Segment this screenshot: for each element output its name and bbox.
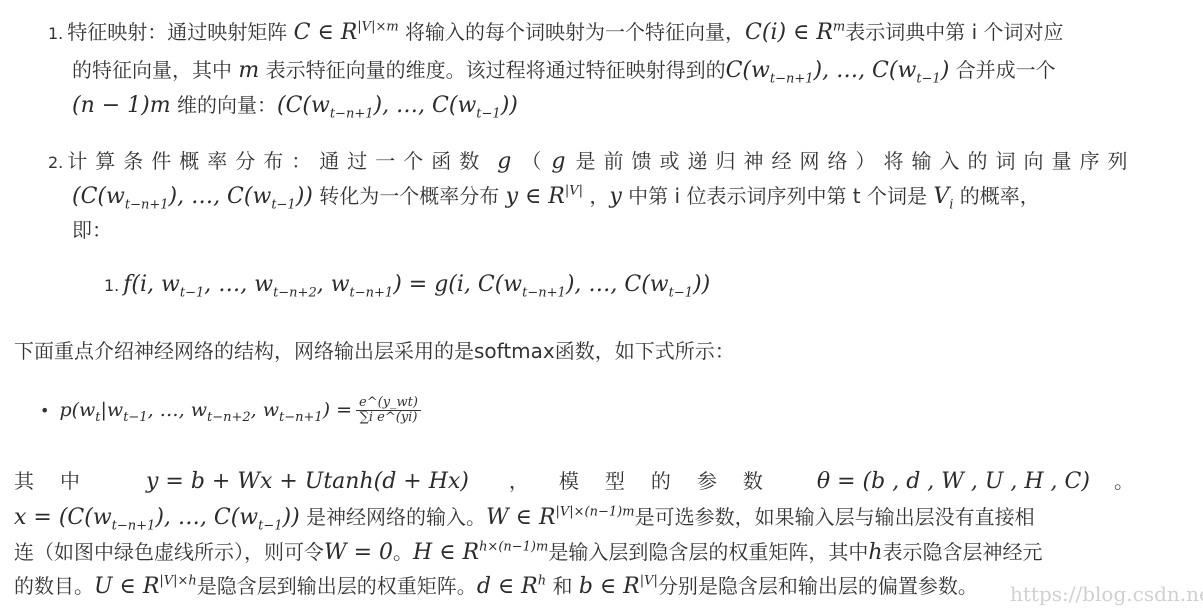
math-formula: x = (C(wt−n+1), …, C(wt−1)) <box>14 505 300 530</box>
text: 分别是隐含层和输出层的偏置参数。 <box>658 574 978 598</box>
text: 是神经网络的输入。 <box>300 505 486 529</box>
math-var: y <box>609 184 621 209</box>
math-formula: C(wt−n+1), …, C(wt−1) <box>726 58 950 83</box>
text: 的数目。 <box>14 574 94 598</box>
math-formula: C ∈ R|V|×m <box>294 20 399 45</box>
list-item-1-line-2: 的特征向量，其中 m 表示特征向量的维度。该过程将通过特征映射得到的C(wt−n… <box>72 55 1056 86</box>
list-item-2-line-1: 2.计算条件概率分布：通过一个函数g（g是前馈或递归神经网络）将输入的词向量序列 <box>48 146 1135 178</box>
watermark: https://blog.csdn.net/ruantao1207 <box>1010 582 1203 606</box>
text: 模型的参数 <box>559 469 789 493</box>
math-formula: H ∈ Rh×(n−1)m <box>413 540 548 565</box>
math-var: h <box>868 540 882 565</box>
math-formula: (C(wt−n+1), …, C(wt−1)) <box>72 184 313 209</box>
text: 的特征向量，其中 <box>72 58 238 82</box>
bullet-softmax-formula: •p(wt|wt−1, …, wt−n+2, wt−n+1) =e^(y_wt)… <box>40 394 421 426</box>
sublist-item-1: 1.f(i, wt−1, …, wt−n+2, wt−n+1) = g(i, C… <box>104 269 710 301</box>
math-formula: C(i) ∈ Rm <box>745 20 845 45</box>
text: 特征映射：通过映射矩阵 <box>67 20 293 44</box>
list-number: 2. <box>48 153 63 172</box>
math-formula: (n − 1)m <box>72 93 171 118</box>
text: 是前馈或递归神经网络）将输入的词向量序列 <box>575 149 1135 173</box>
text: 是隐含层到输出层的权重矩阵。 <box>197 574 477 598</box>
softmax-fraction: e^(y_wt)∑i e^(yi) <box>356 396 421 425</box>
text: 下面重点介绍神经网络的结构，网络输出层采用的是softmax函数，如下式所示： <box>14 339 735 363</box>
text: 连（如图中绿色虚线所示），则可令 <box>14 540 324 564</box>
paragraph-2-line-4: 的数目。U ∈ R|V|×h是隐含层到输出层的权重矩阵。d ∈ Rh 和 b ∈… <box>14 571 978 602</box>
math-formula: U ∈ R|V|×h <box>94 574 197 599</box>
text: （ <box>521 149 541 173</box>
list-item-2-line-3: 即： <box>72 215 112 245</box>
math-formula: (C(wt−n+1), …, C(wt−1)) <box>277 93 518 118</box>
text: 表示隐含层神经元 <box>883 540 1043 564</box>
text: 维的向量： <box>171 93 277 117</box>
text: 是可选参数，如果输入层与输出层没有直接相 <box>635 505 1035 529</box>
text: ， <box>509 469 529 493</box>
text: 其中 <box>14 469 106 493</box>
math-formula: Vi <box>933 184 953 209</box>
list-item-2-line-2: (C(wt−n+1), …, C(wt−1)) 转化为一个概率分布 y ∈ R|… <box>72 181 1040 212</box>
text: 即： <box>72 218 112 242</box>
list-number: 1. <box>48 24 63 43</box>
math-var: g <box>551 149 565 174</box>
math-formula: f(i, wt−1, …, wt−n+2, wt−n+1) = g(i, C(w… <box>123 272 710 297</box>
text: 表示特征向量的维度。该过程将通过特征映射得到的 <box>259 58 725 82</box>
text: 。 <box>1114 469 1134 493</box>
math-formula: y = b + Wx + Utanh(d + Hx) <box>146 469 469 494</box>
list-number: 1. <box>104 276 119 295</box>
math-formula: θ = (b , d , W , U , H , C) <box>817 469 1090 494</box>
math-var: g <box>497 149 511 174</box>
text: 将输入的每个词映射为一个特征向量， <box>399 20 745 44</box>
math-formula: d ∈ Rh <box>477 574 546 599</box>
text: 合并成一个 <box>949 58 1055 82</box>
text: 和 <box>546 574 579 598</box>
text: 是输入层到隐含层的权重矩阵，其中 <box>548 540 868 564</box>
bullet-icon: • <box>40 401 49 420</box>
paragraph-2-line-1: 其中y = b + Wx + Utanh(d + Hx)，模型的参数θ = (b… <box>14 466 1134 497</box>
list-item-1-line-1: 1.特征映射：通过映射矩阵 C ∈ R|V|×m 将输入的每个词映射为一个特征向… <box>48 17 1064 49</box>
math-formula: b ∈ R|V| <box>579 574 658 599</box>
text: 表示词典中第 i 个词对应 <box>845 20 1063 44</box>
paragraph-2-line-3: 连（如图中绿色虚线所示），则可令W = 0。H ∈ Rh×(n−1)m是输入层到… <box>14 537 1043 568</box>
list-item-1-line-3: (n − 1)m 维的向量：(C(wt−n+1), …, C(wt−1)) <box>72 90 518 121</box>
math-var: m <box>238 58 259 83</box>
math-formula: W ∈ R|V|×(n−1)m <box>486 505 635 530</box>
math-formula: p(wt|wt−1, …, wt−n+2, wt−n+1) = <box>59 399 352 421</box>
text: 转化为一个概率分布 <box>313 184 506 208</box>
paragraph-softmax-intro: 下面重点介绍神经网络的结构，网络输出层采用的是softmax函数，如下式所示： <box>14 336 735 366</box>
text: 计算条件概率分布：通过一个函数 <box>67 149 487 173</box>
math-formula: y ∈ R|V| <box>506 184 583 209</box>
text: ， <box>583 184 609 208</box>
math-formula: W = 0 <box>324 540 393 565</box>
paragraph-2-line-2: x = (C(wt−n+1), …, C(wt−1)) 是神经网络的输入。W ∈… <box>14 502 1035 533</box>
text: 。 <box>393 540 413 564</box>
text: 的概率， <box>953 184 1039 208</box>
text: 中第 i 位表示词序列中第 t 个词是 <box>622 184 934 208</box>
